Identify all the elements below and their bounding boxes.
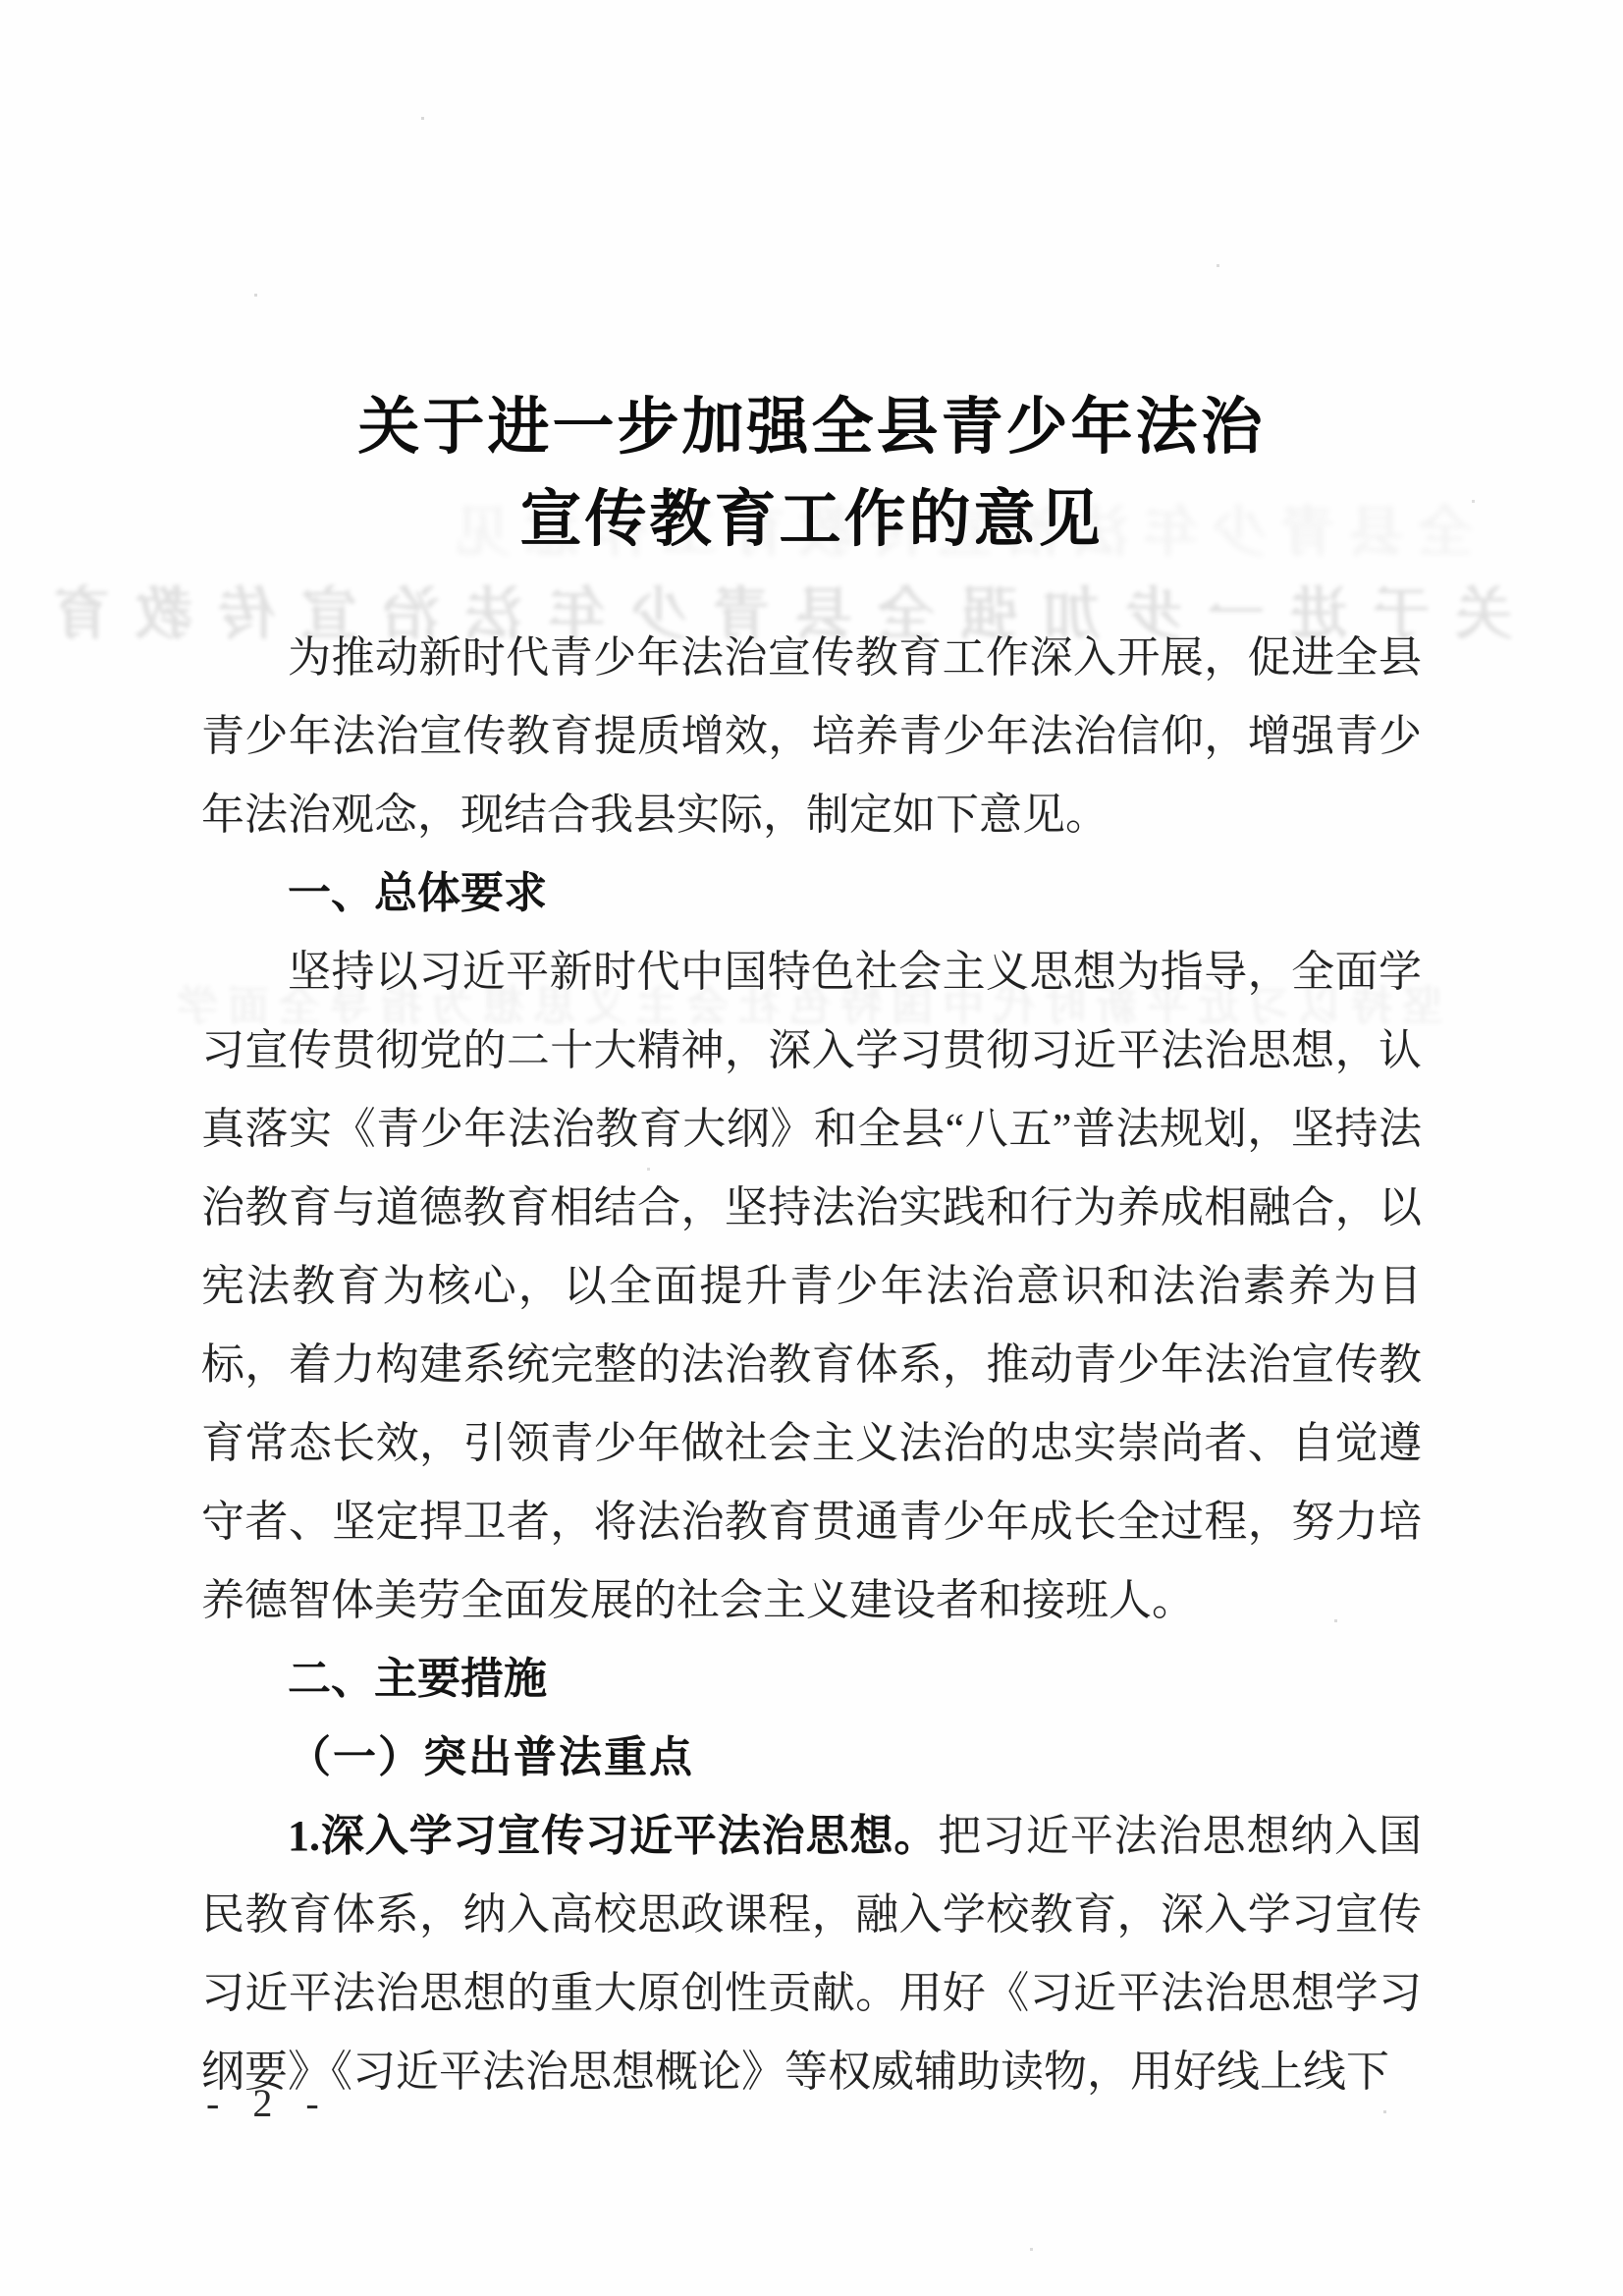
intro-paragraph: 为推动新时代青少年法治宣传教育工作深入开展，促进全县青少年法治宣传教育提质增效，… bbox=[201, 619, 1422, 854]
scan-speckles bbox=[0, 0, 1, 1]
subsection-1-heading: （一）突出普法重点 bbox=[201, 1719, 1422, 1797]
document-body: 为推动新时代青少年法治宣传教育工作深入开展，促进全县青少年法治宣传教育提质增效，… bbox=[201, 619, 1422, 2111]
document-title: 关于进一步加强全县青少年法治 宣传教育工作的意见 bbox=[0, 381, 1623, 566]
page-number: - 2 - bbox=[206, 2080, 331, 2126]
scanned-document-page: 全县青少年法治宣传教育工作意见 关于进一步加强全县青少年法治宣传教育 坚持以习近… bbox=[0, 0, 1623, 2296]
section-1-paragraph: 坚持以习近平新时代中国特色社会主义思想为指导，全面学习宣传贯彻党的二十大精神，深… bbox=[201, 933, 1422, 1640]
title-line-1: 关于进一步加强全县青少年法治 bbox=[0, 381, 1623, 473]
item-1-paragraph: 1.深入学习宣传习近平法治思想。把习近平法治思想纳入国民教育体系，纳入高校思政课… bbox=[201, 1797, 1422, 2111]
title-line-2: 宣传教育工作的意见 bbox=[0, 473, 1623, 566]
item-1-lead: 1.深入学习宣传习近平法治思想。 bbox=[288, 1812, 938, 1860]
section-2-heading: 二、主要措施 bbox=[201, 1640, 1422, 1719]
section-1-heading: 一、总体要求 bbox=[201, 854, 1422, 933]
